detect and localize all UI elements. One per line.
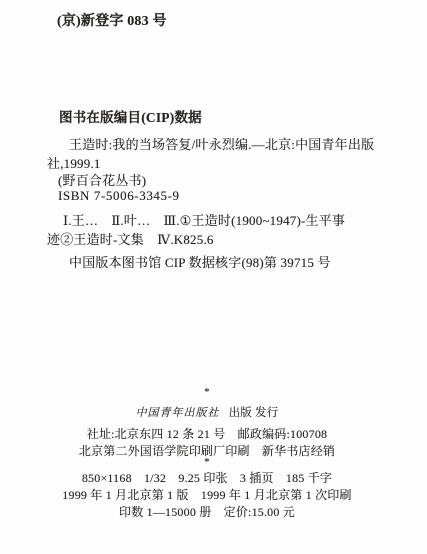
classification-line-1: Ⅰ.王… Ⅱ.叶… Ⅲ.①王造时(1900~1947)-生平事 [63, 210, 345, 229]
cip-record-number: 中国版本图书馆 CIP 数据核字(98)第 39715 号 [69, 252, 331, 271]
copyright-page: (京)新登字 083 号 图书在版编目(CIP)数据 王造时:我的当场答复/叶永… [0, 0, 427, 554]
series-title: (野百合花丛书) [58, 170, 146, 189]
cip-description-line-1: 王造时:我的当场答复/叶永烈编.—北京:中国青年出版 [69, 134, 374, 153]
publisher-address: 社址:北京东四 12 条 21 号 邮政编码:100708 [0, 425, 414, 442]
cip-heading: 图书在版编目(CIP)数据 [59, 106, 202, 126]
registration-number: (京)新登字 083 号 [57, 10, 167, 30]
format-specs-line: 850×1168 1/32 9.25 印张 3 插页 185 千字 [0, 469, 414, 486]
publisher-logotype: 中国青年出版社 [136, 407, 220, 419]
classification-line-2: 迹②王造时-文集 Ⅳ.K825.6 [47, 229, 214, 248]
divider-star-bottom: * [0, 456, 414, 468]
edition-printing-line: 1999 年 1 月北京第 1 版 1999 年 1 月北京第 1 次印刷 [0, 486, 414, 503]
divider-star-top: * [0, 386, 414, 398]
publisher-roles: 出版 发行 [229, 407, 279, 419]
isbn-number: ISBN 7-5006-3345-9 [58, 188, 180, 204]
print-run-price-line: 印数 1—15000 册 定价:15.00 元 [0, 503, 414, 520]
publisher-line: 中国青年出版社出版 发行 [0, 404, 414, 420]
